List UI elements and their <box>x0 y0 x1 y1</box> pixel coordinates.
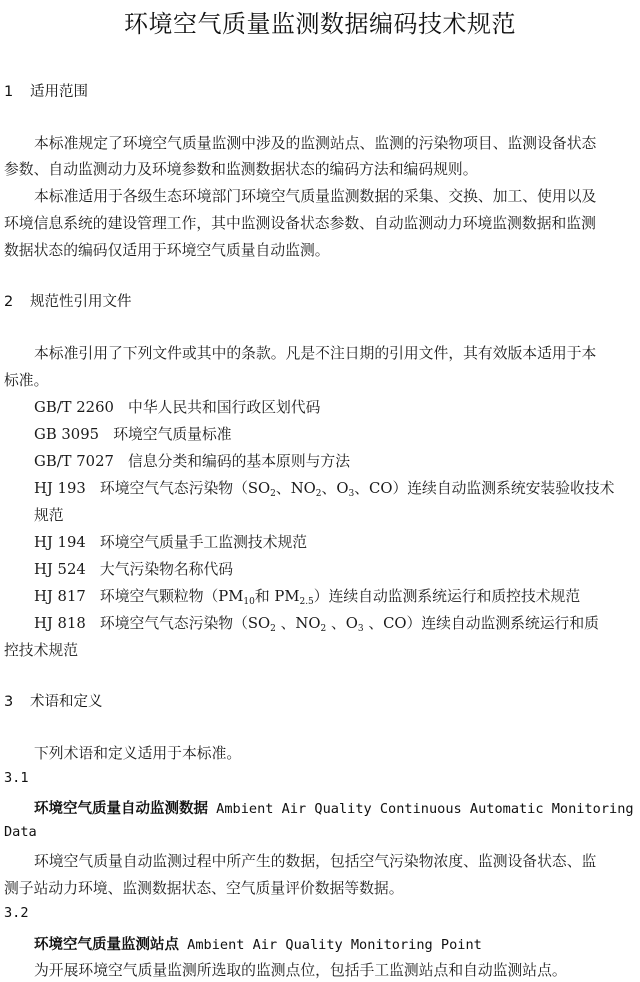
section-2-heading: 2规范性引用文件 <box>4 290 132 311</box>
term-chinese: 环境空气质量监测站点 <box>34 937 179 953</box>
section-title: 术语和定义 <box>30 694 103 710</box>
paragraph-line: 环境空气质量自动监测过程中所产生的数据，包括空气污染物浓度、监测设备状态、监 <box>34 850 596 871</box>
section-number: 1 <box>4 84 26 100</box>
paragraph-line: 本标准引用了下列文件或其中的条款。凡是不注日期的引用文件，其有效版本适用于本 <box>34 342 596 363</box>
reference-item: GB/T 7027 信息分类和编码的基本原则与方法 <box>34 450 350 471</box>
term-number: 3.1 <box>4 770 29 786</box>
reference-title: 、CO）连续自动监测系统运行和质 <box>364 615 599 632</box>
paragraph-line: 测子站动力环境、监测数据状态、空气质量评价数据等数据。 <box>4 877 404 898</box>
reference-title: 、CO）连续自动监测系统安装验收技术 <box>354 480 614 497</box>
term-english: Ambient Air Quality Monitoring Point <box>179 937 482 953</box>
reference-title: 环境空气质量手工监测技术规范 <box>100 534 307 551</box>
section-number: 2 <box>4 294 26 310</box>
reference-title: 中华人民共和国行政区划代码 <box>128 399 320 416</box>
section-3-heading: 3术语和定义 <box>4 690 103 711</box>
reference-item: HJ 193 环境空气气态污染物（SO2、NO2、O3、CO）连续自动监测系统安… <box>34 477 614 499</box>
term-chinese: 环境空气质量自动监测数据 <box>34 801 208 817</box>
reference-title: 环境空气气态污染物（SO <box>100 615 270 632</box>
reference-item: GB 3095 环境空气质量标准 <box>34 423 232 444</box>
reference-title: 环境空气气态污染物（SO <box>100 480 270 497</box>
reference-code: GB/T 7027 <box>34 453 114 470</box>
term-heading: 环境空气质量监测站点 Ambient Air Quality Monitorin… <box>34 933 482 954</box>
paragraph-line: 环境信息系统的建设管理工作，其中监测设备状态参数、自动监测动力环境监测数据和监测 <box>4 212 596 233</box>
term-number: 3.2 <box>4 905 29 921</box>
reference-continuation: 规范 <box>34 504 64 525</box>
reference-item: HJ 817 环境空气颗粒物（PM10和 PM2.5）连续自动监测系统运行和质控… <box>34 585 580 607</box>
reference-code: HJ 817 <box>34 588 86 605</box>
reference-title: 环境空气颗粒物（PM <box>100 588 243 605</box>
subscript: 10 <box>243 597 254 607</box>
section-title: 规范性引用文件 <box>30 294 132 310</box>
reference-continuation: 控技术规范 <box>4 639 78 660</box>
section-1-heading: 1适用范围 <box>4 80 88 101</box>
term-english: Ambient Air Quality Continuous Automatic… <box>208 801 634 817</box>
reference-item: GB/T 2260 中华人民共和国行政区划代码 <box>34 396 320 417</box>
paragraph-line: 本标准适用于各级生态环境部门环境空气质量监测数据的采集、交换、加工、使用以及 <box>34 185 596 206</box>
reference-code: GB/T 2260 <box>34 399 114 416</box>
term-english-continuation: Data <box>4 824 37 840</box>
reference-title: 大气污染物名称代码 <box>100 561 233 578</box>
reference-code: GB 3095 <box>34 426 99 443</box>
reference-title: 信息分类和编码的基本原则与方法 <box>128 453 350 470</box>
reference-title: 、O <box>322 480 349 497</box>
reference-title: 、O <box>326 615 358 632</box>
reference-title: ）连续自动监测系统运行和质控技术规范 <box>314 588 580 605</box>
term-heading: 环境空气质量自动监测数据 Ambient Air Quality Continu… <box>34 797 634 818</box>
section-title: 适用范围 <box>30 84 88 100</box>
reference-code: HJ 524 <box>34 561 86 578</box>
reference-title: 环境空气质量标准 <box>113 426 231 443</box>
reference-title: 、NO <box>276 615 321 632</box>
reference-item: HJ 524 大气污染物名称代码 <box>34 558 233 579</box>
reference-code: HJ 193 <box>34 480 86 497</box>
paragraph-line: 标准。 <box>4 369 48 390</box>
reference-item: HJ 194 环境空气质量手工监测技术规范 <box>34 531 307 552</box>
reference-code: HJ 818 <box>34 615 86 632</box>
paragraph-line: 数据状态的编码仅适用于环境空气质量自动监测。 <box>4 239 330 260</box>
subscript: 2.5 <box>299 597 313 607</box>
section-number: 3 <box>4 694 26 710</box>
page-title: 环境空气质量监测数据编码技术规范 <box>0 4 640 39</box>
paragraph-line: 本标准规定了环境空气质量监测中涉及的监测站点、监测的污染物项目、监测设备状态 <box>34 132 596 153</box>
reference-title: 、NO <box>276 480 316 497</box>
paragraph-line: 为开展环境空气质量监测所选取的监测点位，包括手工监测站点和自动监测站点。 <box>34 959 567 980</box>
reference-title: 和 PM <box>255 588 300 605</box>
reference-item: HJ 818 环境空气气态污染物（SO2 、NO2 、O3 、CO）连续自动监测… <box>34 612 599 634</box>
reference-code: HJ 194 <box>34 534 86 551</box>
paragraph-line: 参数、自动监测动力及环境参数和监测数据状态的编码方法和编码规则。 <box>4 158 478 179</box>
paragraph-line: 下列术语和定义适用于本标准。 <box>34 742 241 763</box>
